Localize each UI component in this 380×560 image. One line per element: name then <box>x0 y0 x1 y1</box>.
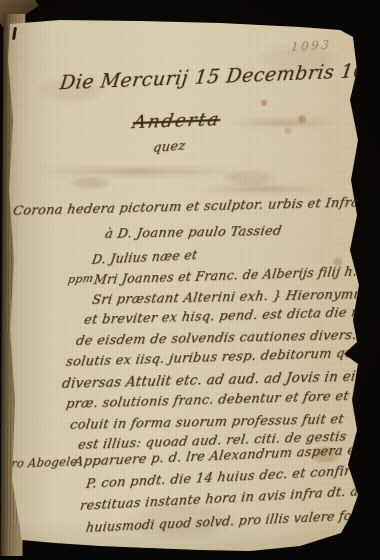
folio-number: 1093 <box>291 38 332 54</box>
show-through-smudge <box>230 120 340 126</box>
heading-subscript-word: quez <box>152 139 186 156</box>
manuscript-line: à D. Joanne paulo Tassied <box>104 224 283 242</box>
margin-note: Pro Abogele <box>2 454 78 471</box>
show-through-smudge <box>40 168 240 175</box>
manuscript-photo: 1093 Die Mercurij 15 Decembris 1632 Ande… <box>0 0 380 560</box>
show-through-smudge <box>200 186 330 192</box>
struck-out-word: Anderta <box>131 109 222 133</box>
paragraph-mark: ppm <box>67 272 95 286</box>
paper-sheet: 1093 Die Mercurij 15 Decembris 1632 Ande… <box>0 0 380 560</box>
